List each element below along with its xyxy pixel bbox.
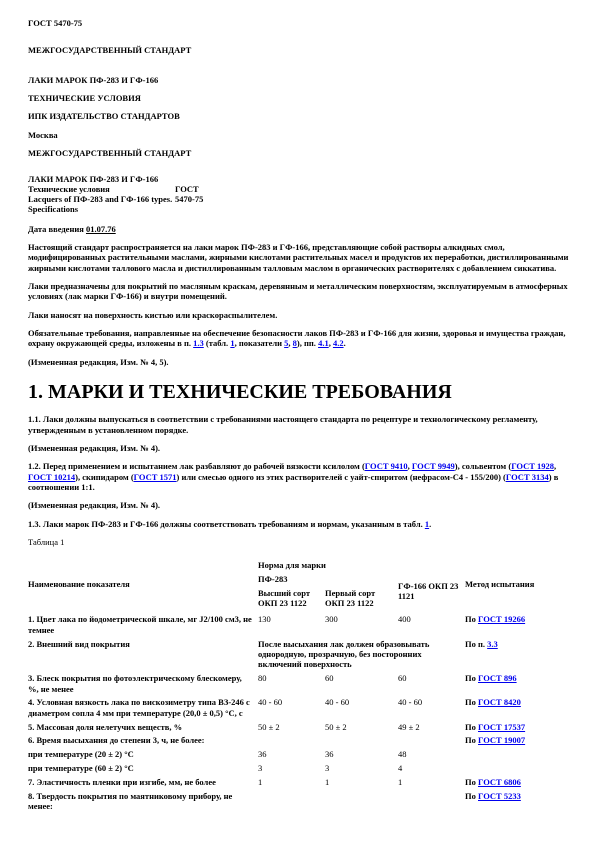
table-row: при температуре (20 ± 2) °С363648 bbox=[28, 748, 570, 762]
table-row: при температуре (60 ± 2) °С334 bbox=[28, 762, 570, 776]
gost-link[interactable]: ГОСТ 6806 bbox=[478, 777, 521, 787]
table-row: 1. Цвет лака по йодометрической шкале, м… bbox=[28, 610, 570, 637]
standard-type-line-repeat: МЕЖГОСУДАРСТВЕННЫЙ СТАНДАРТ bbox=[28, 148, 570, 158]
method-cell: По п. 3.3 bbox=[465, 637, 570, 672]
text-run: 1.3. Лаки марок ПФ-283 и ГФ-166 должны с… bbox=[28, 519, 425, 529]
text-run: По bbox=[465, 614, 478, 624]
title-block-subtitle-ru: Технические условия bbox=[28, 184, 570, 194]
table-row: 2. Внешний вид покрытияПосле высыхания л… bbox=[28, 637, 570, 672]
text-run: 01.07.76 bbox=[86, 224, 116, 234]
table-row: 4. Условная вязкость лака по вискозиметр… bbox=[28, 696, 570, 720]
text-run: По bbox=[465, 735, 478, 745]
effective-date-line: Дата введения 01.07.76 bbox=[28, 224, 570, 234]
gost-link[interactable]: ГОСТ 5233 bbox=[478, 791, 521, 801]
clause-1-2: 1.2. Перед применением и испытанием лак … bbox=[28, 461, 570, 492]
value-cell-grade-top: 40 - 60 bbox=[258, 696, 325, 720]
method-cell: По ГОСТ 19266 bbox=[465, 610, 570, 637]
value-cell-grade-first: 3 bbox=[325, 762, 398, 776]
title-block-name: ЛАКИ МАРОК ПФ-283 И ГФ-166 bbox=[28, 174, 570, 184]
col-header-grade-top: Высший сорт ОКП 23 1122 bbox=[258, 586, 325, 610]
gost-link[interactable]: 3.3 bbox=[487, 639, 498, 649]
value-cell-grade-top: 50 ± 2 bbox=[258, 720, 325, 734]
gost-number: 5470-75 bbox=[175, 194, 203, 204]
value-cell-gf166: 1 bbox=[398, 776, 465, 790]
doc-link[interactable]: 4.2 bbox=[333, 338, 344, 348]
indicator-name-cell: 7. Эластичность пленки при изгибе, мм, н… bbox=[28, 776, 258, 790]
gost-number-block: ГОСТ 5470-75 bbox=[175, 184, 203, 204]
text-run: ), скипидаром ( bbox=[75, 472, 134, 482]
value-cell-grade-first bbox=[325, 734, 398, 748]
amendment-note: (Измененная редакция, Изм. № 4). bbox=[28, 443, 570, 453]
application-paragraph: Лаки наносят на поверхность кистью или к… bbox=[28, 310, 570, 320]
text-run: , показатели bbox=[235, 338, 285, 348]
clause-1-3: 1.3. Лаки марок ПФ-283 и ГФ-166 должны с… bbox=[28, 519, 570, 529]
text-run: 1.2. Перед применением и испытанием лак … bbox=[28, 461, 365, 471]
doc-link[interactable]: ГОСТ 9949 bbox=[412, 461, 455, 471]
value-cell-grade-top: 1 bbox=[258, 776, 325, 790]
value-cell-grade-top: 36 bbox=[258, 748, 325, 762]
gost-link[interactable]: ГОСТ 19007 bbox=[478, 735, 525, 745]
value-cell-gf166: 400 bbox=[398, 610, 465, 637]
spec-table: Наименование показателя Норма для марки … bbox=[28, 558, 570, 813]
value-cell-grade-top bbox=[258, 734, 325, 748]
col-header-grade-first: Первый сорт ОКП 23 1122 bbox=[325, 586, 398, 610]
col-header-pf283: ПФ-283 bbox=[258, 572, 398, 586]
value-cell-gf166: 60 bbox=[398, 672, 465, 696]
city-line: Москва bbox=[28, 130, 570, 140]
indicator-name-cell: 5. Массовая доля нелетучих веществ, % bbox=[28, 720, 258, 734]
spec-table-body: 1. Цвет лака по йодометрической шкале, м… bbox=[28, 610, 570, 813]
table-row: 3. Блеск покрытия по фотоэлектрическому … bbox=[28, 672, 570, 696]
value-cell-grade-first: 60 bbox=[325, 672, 398, 696]
scope-paragraph: Настоящий стандарт распространяется на л… bbox=[28, 242, 570, 273]
value-cell-grade-first: 300 bbox=[325, 610, 398, 637]
value-cell-gf166: 4 bbox=[398, 762, 465, 776]
value-cell-grade-first: 50 ± 2 bbox=[325, 720, 398, 734]
indicator-name-cell: 6. Время высыхания до степени 3, ч, не б… bbox=[28, 734, 258, 748]
standard-type-line: МЕЖГОСУДАРСТВЕННЫЙ СТАНДАРТ bbox=[28, 45, 570, 55]
table-row: 5. Массовая доля нелетучих веществ, %50 … bbox=[28, 720, 570, 734]
text-run: По bbox=[465, 791, 478, 801]
indicator-name-cell: 1. Цвет лака по йодометрической шкале, м… bbox=[28, 610, 258, 637]
value-cell-grade-top bbox=[258, 789, 325, 813]
doc-link[interactable]: ГОСТ 1571 bbox=[134, 472, 177, 482]
section1-heading: 1. МАРКИ И ТЕХНИЧЕСКИЕ ТРЕБОВАНИЯ bbox=[28, 381, 570, 403]
gost-link[interactable]: ГОСТ 17537 bbox=[478, 722, 525, 732]
method-cell bbox=[465, 748, 570, 762]
table-caption: Таблица 1 bbox=[28, 537, 570, 547]
col-header-gf166: ГФ-166 ОКП 23 1121 bbox=[398, 572, 465, 610]
value-cell-grade-top: 130 bbox=[258, 610, 325, 637]
doc-link[interactable]: 4.1 bbox=[318, 338, 329, 348]
publisher-line: ИПК ИЗДАТЕЛЬСТВО СТАНДАРТОВ bbox=[28, 111, 570, 121]
title-block-name-en: Lacquers of ПФ-283 and ГФ-166 types. bbox=[28, 194, 570, 204]
purpose-paragraph: Лаки предназначены для покрытий по масля… bbox=[28, 281, 570, 302]
indicator-name-cell: при температуре (20 ± 2) °С bbox=[28, 748, 258, 762]
text-run: ), пп. bbox=[297, 338, 318, 348]
text-run: (табл. bbox=[204, 338, 231, 348]
norm-span-cell: После высыхания лак должен образовывать … bbox=[258, 637, 465, 672]
text-run: По bbox=[465, 722, 478, 732]
value-cell-grade-top: 80 bbox=[258, 672, 325, 696]
value-cell-grade-first: 40 - 60 bbox=[325, 696, 398, 720]
document-page: ГОСТ 5470-75 МЕЖГОСУДАРСТВЕННЫЙ СТАНДАРТ… bbox=[0, 0, 595, 814]
clause-1-1: 1.1. Лаки должны выпускаться в соответст… bbox=[28, 414, 570, 435]
doc-link[interactable]: ГОСТ 1928 bbox=[511, 461, 554, 471]
table-row: 6. Время высыхания до степени 3, ч, не б… bbox=[28, 734, 570, 748]
doc-link[interactable]: 1.3 bbox=[193, 338, 204, 348]
value-cell-gf166: 49 ± 2 bbox=[398, 720, 465, 734]
table-row: 7. Эластичность пленки при изгибе, мм, н… bbox=[28, 776, 570, 790]
value-cell-grade-top: 3 bbox=[258, 762, 325, 776]
value-cell-gf166 bbox=[398, 734, 465, 748]
text-run: , bbox=[554, 461, 556, 471]
gost-link[interactable]: ГОСТ 8420 bbox=[478, 697, 521, 707]
value-cell-gf166 bbox=[398, 789, 465, 813]
doc-subtitle-caps: ТЕХНИЧЕСКИЕ УСЛОВИЯ bbox=[28, 93, 570, 103]
col-header-norm-group: Норма для марки bbox=[258, 558, 465, 572]
table-row: 8. Твердость покрытия по маятниковому пр… bbox=[28, 789, 570, 813]
doc-number-top: ГОСТ 5470-75 bbox=[28, 18, 570, 28]
value-cell-gf166: 40 - 60 bbox=[398, 696, 465, 720]
text-run: По п. bbox=[465, 639, 487, 649]
text-run: По bbox=[465, 777, 478, 787]
indicator-name-cell: 2. Внешний вид покрытия bbox=[28, 637, 258, 672]
doc-link[interactable]: ГОСТ 3134 bbox=[506, 472, 549, 482]
value-cell-grade-first bbox=[325, 789, 398, 813]
col-header-method: Метод испытания bbox=[465, 558, 570, 610]
method-cell: По ГОСТ 8420 bbox=[465, 696, 570, 720]
text-run: Дата введения bbox=[28, 224, 86, 234]
safety-paragraph: Обязательные требования, направленные на… bbox=[28, 328, 570, 349]
method-cell: По ГОСТ 6806 bbox=[465, 776, 570, 790]
doc-link[interactable]: ГОСТ 9410 bbox=[365, 461, 408, 471]
value-cell-gf166: 48 bbox=[398, 748, 465, 762]
amendment-note: (Измененная редакция, Изм. № 4). bbox=[28, 500, 570, 510]
indicator-name-cell: 8. Твердость покрытия по маятниковому пр… bbox=[28, 789, 258, 813]
gost-link[interactable]: ГОСТ 896 bbox=[478, 673, 517, 683]
text-run: . bbox=[429, 519, 431, 529]
col-header-name: Наименование показателя bbox=[28, 558, 258, 610]
method-cell: По ГОСТ 896 bbox=[465, 672, 570, 696]
text-run: ) или смесью одного из этих растворителе… bbox=[177, 472, 506, 482]
value-cell-grade-first: 1 bbox=[325, 776, 398, 790]
indicator-name-cell: 3. Блеск покрытия по фотоэлектрическому … bbox=[28, 672, 258, 696]
method-cell bbox=[465, 762, 570, 776]
method-cell: По ГОСТ 19007 bbox=[465, 734, 570, 748]
title-block: ЛАКИ МАРОК ПФ-283 И ГФ-166 Технические у… bbox=[28, 174, 570, 214]
text-run: . bbox=[344, 338, 346, 348]
amendment-note: (Измененная редакция, Изм. № 4, 5). bbox=[28, 357, 570, 367]
gost-link[interactable]: ГОСТ 19266 bbox=[478, 614, 525, 624]
text-run: По bbox=[465, 697, 478, 707]
method-cell: По ГОСТ 5233 bbox=[465, 789, 570, 813]
gost-label: ГОСТ bbox=[175, 184, 203, 194]
doc-title-caps: ЛАКИ МАРОК ПФ-283 И ГФ-166 bbox=[28, 75, 570, 85]
doc-link[interactable]: ГОСТ 10214 bbox=[28, 472, 75, 482]
text-run: По bbox=[465, 673, 478, 683]
method-cell: По ГОСТ 17537 bbox=[465, 720, 570, 734]
title-block-subtitle-en: Specifications bbox=[28, 204, 570, 214]
indicator-name-cell: 4. Условная вязкость лака по вискозиметр… bbox=[28, 696, 258, 720]
text-run: ), сольвентом ( bbox=[455, 461, 511, 471]
indicator-name-cell: при температуре (60 ± 2) °С bbox=[28, 762, 258, 776]
value-cell-grade-first: 36 bbox=[325, 748, 398, 762]
